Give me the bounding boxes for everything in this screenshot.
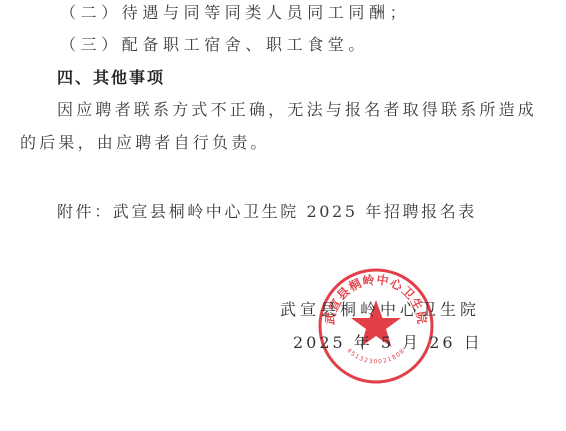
official-seal-icon: 武宣县桐岭中心卫生院 4513230021808 — [316, 266, 436, 386]
signature-date: 2025 年 5 月 26 日 — [293, 333, 483, 353]
other-paragraph-line-1: 因应聘者联系方式不正确，无法与报名者取得联系所造成 — [57, 100, 537, 120]
attachment-line: 附件：武宣县桐岭中心卫生院 2025 年招聘报名表 — [57, 202, 477, 222]
benefit-item-2: （二）待遇与同等同类人员同工同酬； — [60, 3, 410, 23]
other-paragraph-line-2: 的后果，由应聘者自行负责。 — [20, 133, 270, 153]
benefit-item-3: （三）配备职工宿舍、职工食堂。 — [60, 35, 369, 55]
section-heading-other: 四、其他事项 — [57, 68, 165, 88]
signature-organization: 武宣县桐岭中心卫生院 — [280, 300, 480, 320]
